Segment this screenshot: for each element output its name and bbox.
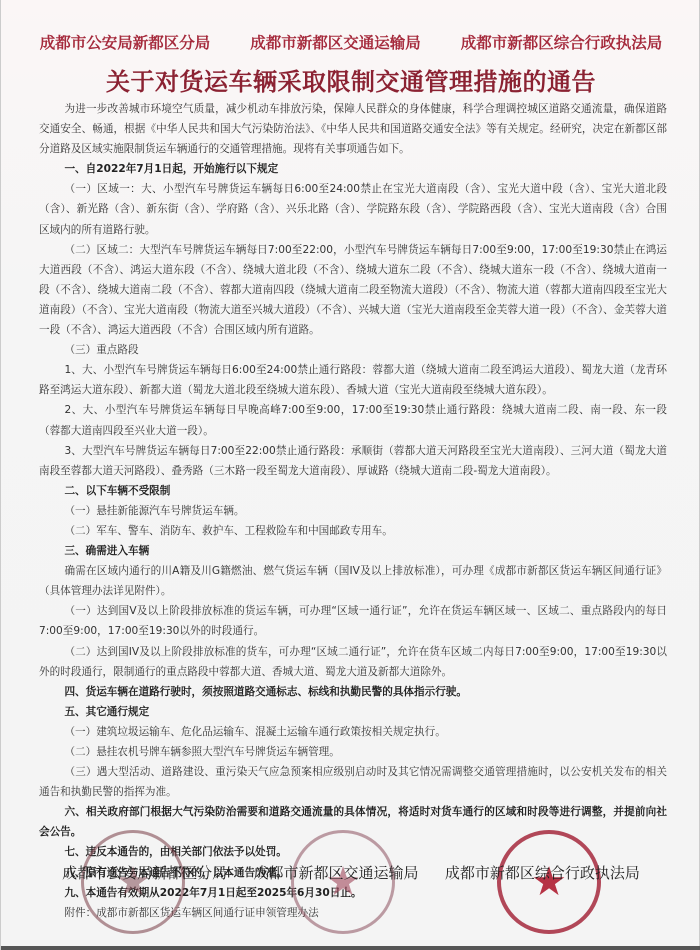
section-1-key-roads-2: 2、大、小型汽车号牌货运车辆每日早晚高峰7:00至9:00，17:00至19:3… bbox=[39, 400, 667, 440]
section-1-zone-1: （一）区域一：大、小型汽车号牌货运车辆每日6:00至24:00禁止在宝光大道南段… bbox=[39, 179, 667, 239]
section-5-item-3: （三）遇大型活动、道路建设、重污染天气应急预案相应级别启动时及其它情况需调整交通… bbox=[39, 762, 667, 802]
signer-police: 成都市公安局新都区分局 bbox=[62, 862, 227, 883]
agency-police: 成都市公安局新都区分局 bbox=[40, 31, 211, 53]
section-5-item-1: （一）建筑垃圾运输车、危化品运输车、混凝土运输车通行政策按相关规定执行。 bbox=[39, 722, 667, 742]
section-2-item-2: （二）军车、警车、消防车、救护车、工程救险车和中国邮政专用车。 bbox=[39, 521, 667, 541]
intro-paragraph: 为进一步改善城市环境空气质量，减少机动车排放污染，保障人民群众的身体健康，科学合… bbox=[39, 99, 667, 159]
section-3-heading: 三、确需进入车辆 bbox=[39, 541, 667, 561]
section-1-key-roads-1: 1、大、小型汽车号牌货运车辆每日6:00至24:00禁止通行路段：蓉都大道（绕城… bbox=[39, 360, 667, 400]
section-1-heading: 一、自2022年7月1日起，开始施行以下规定 bbox=[39, 159, 667, 179]
agency-transport: 成都市新都区交通运输局 bbox=[250, 31, 421, 53]
section-1-key-roads-heading: （三）重点路段 bbox=[39, 340, 667, 360]
section-2-heading: 二、以下车辆不受限制 bbox=[39, 481, 667, 501]
section-3-intro: 确需在区域内通行的川A籍及川G籍燃油、燃气货运车辆（国IV及以上排放标准），可办… bbox=[39, 561, 667, 601]
signer-enforcement: 成都市新都区综合行政执法局 bbox=[445, 862, 640, 883]
section-3-item-1: （一）达到国V及以上阶段排放标准的货运车辆，可办理“区域一通行证”，允许在货运车… bbox=[39, 601, 667, 641]
section-3-item-2: （二）达到国IV及以上阶段排放标准的货车，可办理“区域二通行证”，允许在货车区域… bbox=[39, 642, 667, 682]
section-5-heading: 五、其它通行规定 bbox=[39, 702, 667, 722]
agency-enforcement: 成都市新都区综合行政执法局 bbox=[461, 31, 663, 53]
signatures: 成都市公安局新都区分局 成都市新都区交通运输局 成都市新都区综合行政执法局 bbox=[1, 862, 700, 883]
notice-document: 成都市公安局新都区分局 成都市新都区交通运输局 成都市新都区综合行政执法局 关于… bbox=[0, 0, 700, 950]
document-body: 为进一步改善城市环境空气质量，减少机动车排放污染，保障人民群众的身体健康，科学合… bbox=[39, 99, 667, 923]
document-title: 关于对货运车辆采取限制交通管理措施的通告 bbox=[1, 62, 700, 97]
section-2-item-1: （一）悬挂新能源汽车号牌货运车辆。 bbox=[39, 501, 667, 521]
issuing-agencies-header: 成都市公安局新都区分局 成都市新都区交通运输局 成都市新都区综合行政执法局 bbox=[1, 31, 700, 53]
signer-transport: 成都市新都区交通运输局 bbox=[253, 862, 418, 883]
section-5-item-2: （二）悬挂农机号牌车辆参照大型汽车号牌货运车辆管理。 bbox=[39, 742, 667, 762]
section-1-zone-2: （二）区域二：大型汽车号牌货运车辆每日7:00至22:00，小型汽车号牌货运车辆… bbox=[39, 240, 667, 340]
section-1-key-roads-3: 3、大型汽车号牌货运车辆每日7:00至22:00禁止通行路段：承顺街（蓉都大道天… bbox=[39, 441, 667, 481]
bottom-border bbox=[1, 946, 700, 950]
section-4-heading: 四、货运车辆在道路行驶时，须按照道路交通标志、标线和执勤民警的具体指示行驶。 bbox=[39, 682, 667, 702]
